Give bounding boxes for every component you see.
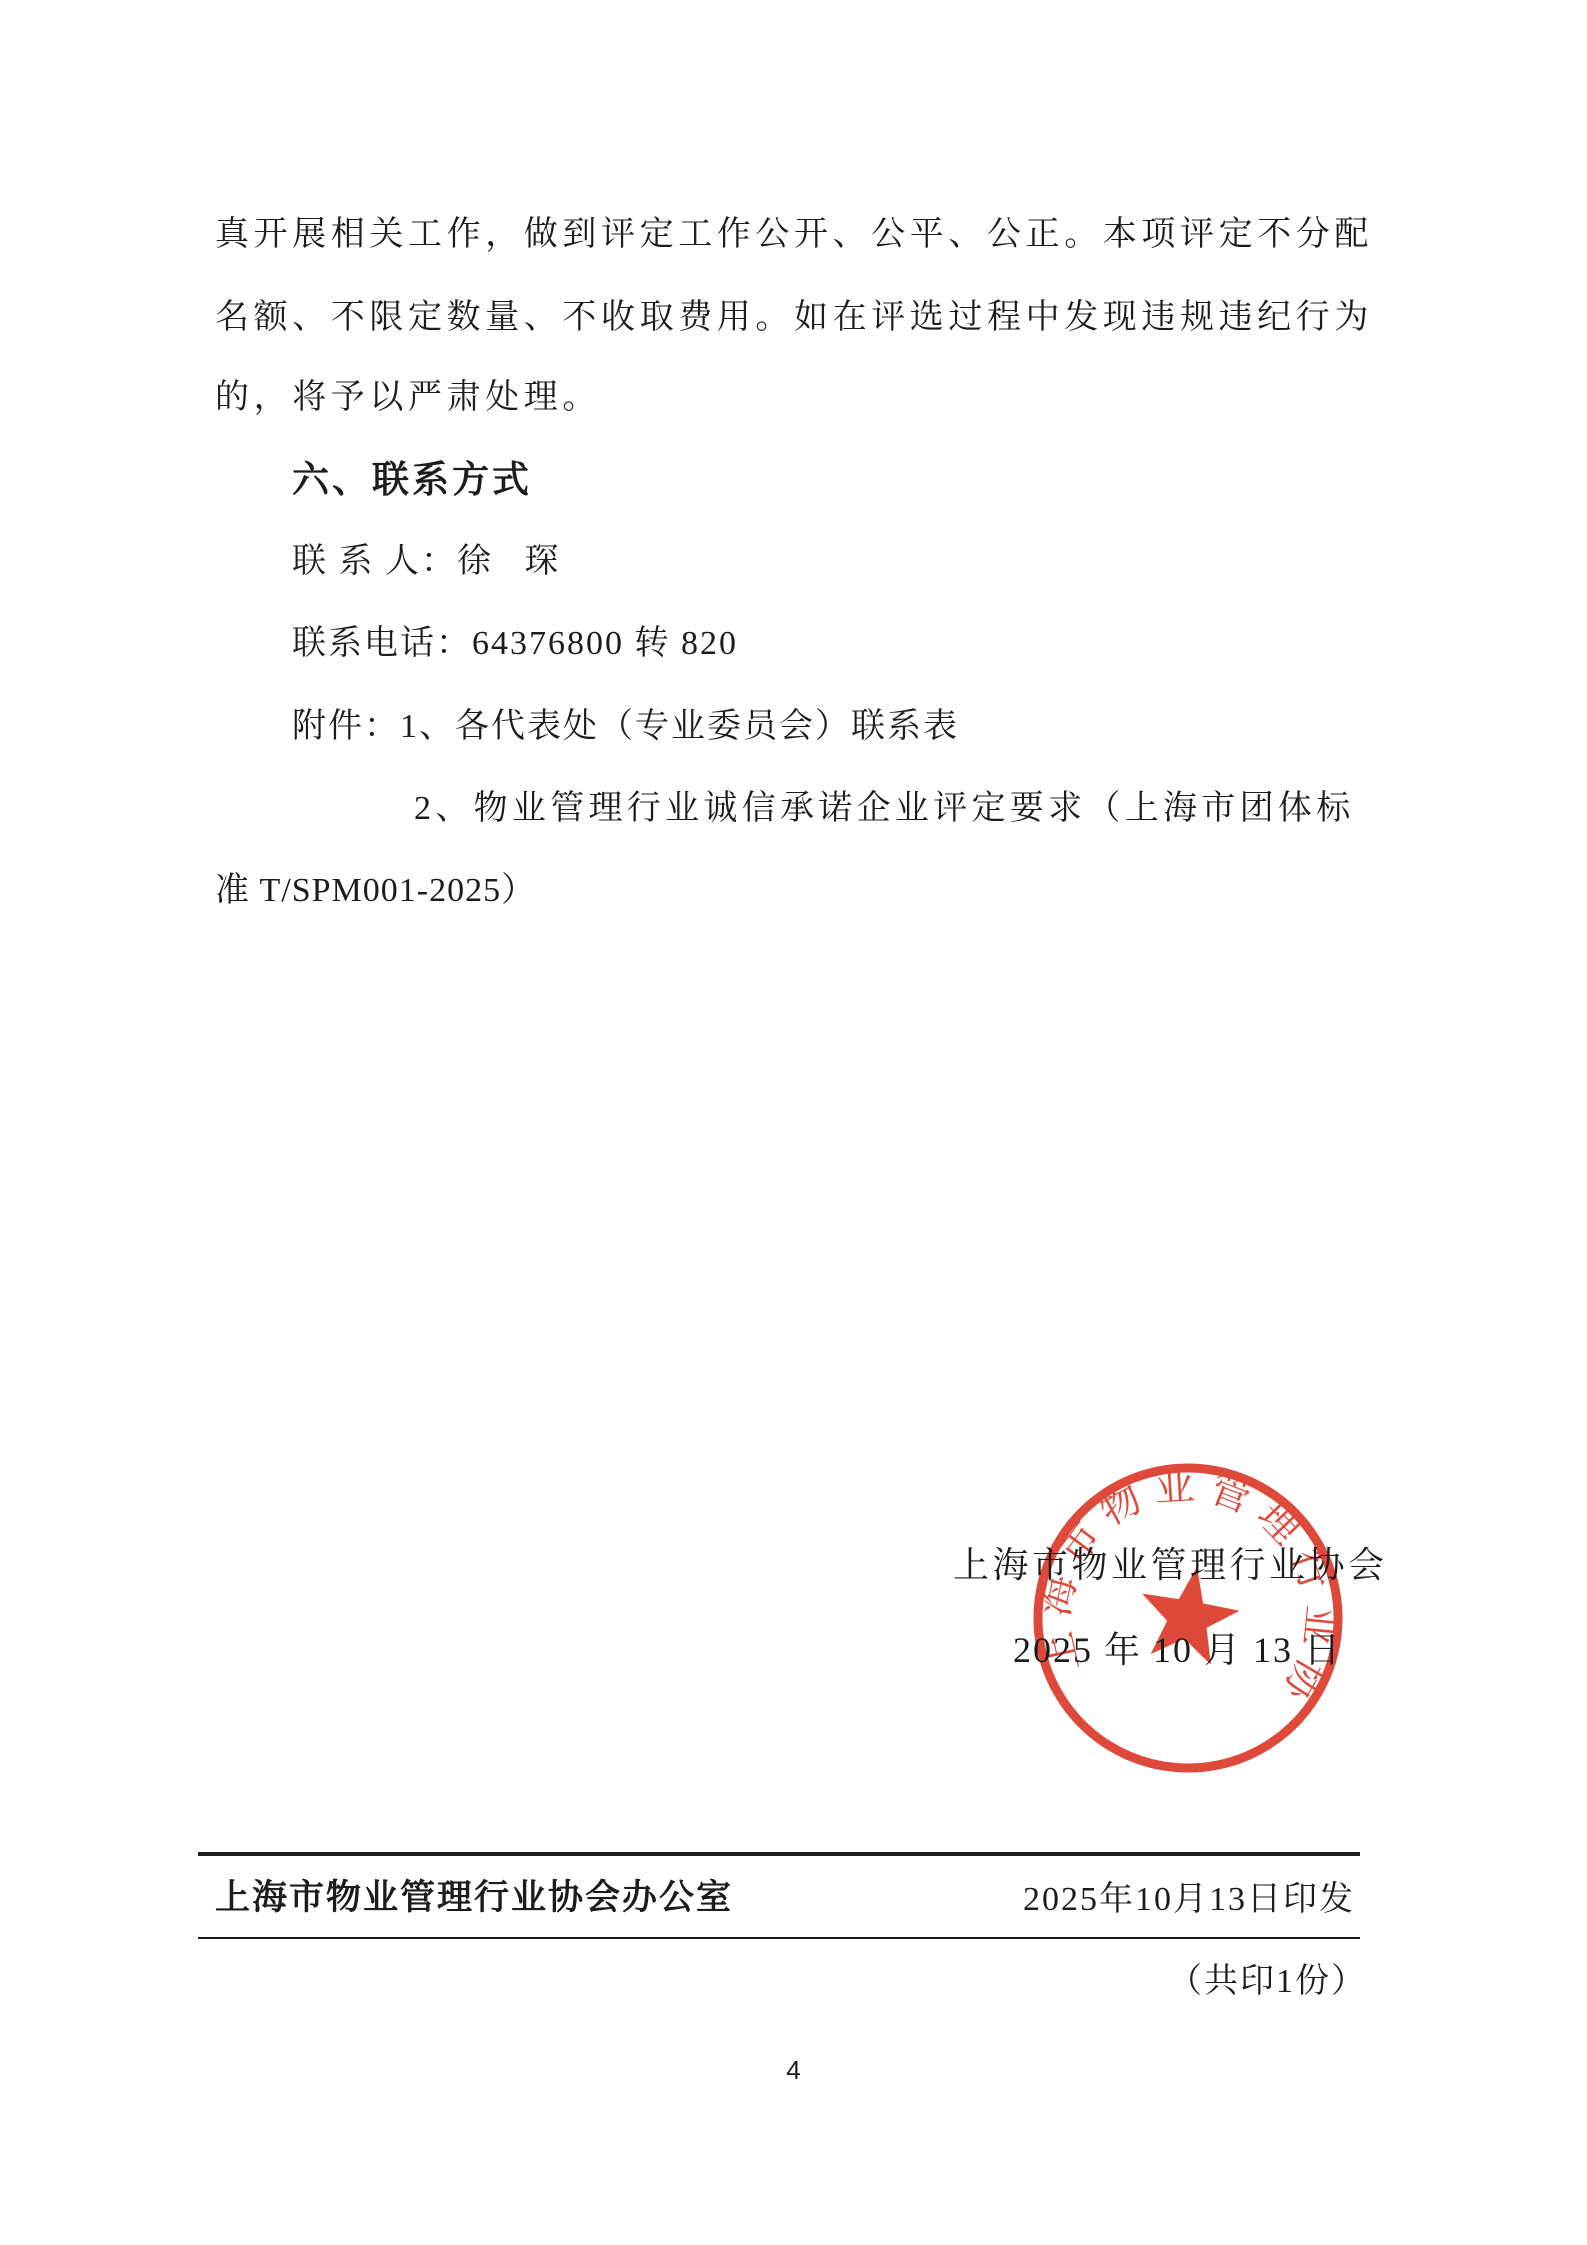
- signature-organization: 上海市物业管理行业协会: [953, 1543, 1388, 1587]
- body-paragraph-line-3: 的，将予以严肃处理。: [215, 376, 601, 420]
- attachment-line-2: 2、物业管理行业诚信承诺企业评定要求（上海市团体标: [414, 787, 1355, 831]
- signature-date: 2025 年 10 月 13 日: [1013, 1628, 1342, 1672]
- official-seal-stamp-icon: 上海市物业管理行业协会: [1026, 1456, 1350, 1780]
- document-page: 真开展相关工作，做到评定工作公开、公平、公正。本项评定不分配 名额、不限定数量、…: [0, 0, 1587, 2245]
- body-paragraph-line-1: 真开展相关工作，做到评定工作公开、公平、公正。本项评定不分配: [215, 213, 1395, 257]
- section-heading-contact: 六、联系方式: [292, 456, 532, 504]
- attachment-line-1: 附件：1、各代表处（专业委员会）联系表: [292, 705, 959, 749]
- page-number: 4: [0, 2053, 1587, 2087]
- body-paragraph-line-2: 名额、不限定数量、不收取费用。如在评选过程中发现违规违纪行为: [215, 296, 1395, 340]
- contact-person-line: 联 系 人：徐 琛: [292, 540, 561, 584]
- footer-rule-middle: [198, 1937, 1360, 1939]
- attachment-line-3: 准 T/SPM001-2025）: [215, 869, 536, 913]
- footer-issuing-office: 上海市物业管理行业协会办公室: [215, 1876, 733, 1920]
- footer-print-date: 2025年10月13日印发: [1023, 1878, 1355, 1922]
- footer-copies-count: （共印1份）: [1168, 1960, 1367, 2004]
- footer-rule-top: [198, 1852, 1360, 1856]
- contact-phone-line: 联系电话：64376800 转 820: [292, 622, 738, 666]
